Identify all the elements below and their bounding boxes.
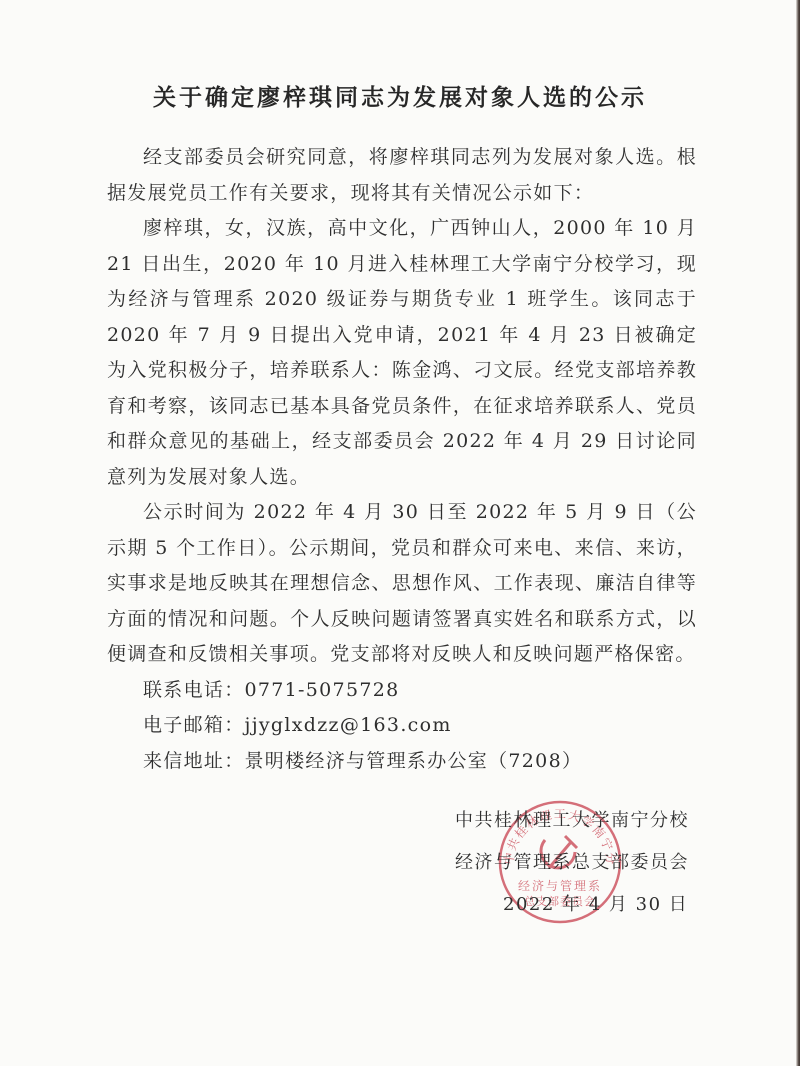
signature-block: 中共桂林理工大学南宁分校 经济与管理系总支部委员会 2022 年 4 月 30 …: [455, 800, 745, 926]
signature-org-line1: 中共桂林理工大学南宁分校: [455, 800, 745, 842]
contact-email: 电子邮箱：jjyglxdzz@163.com: [107, 708, 697, 744]
document-body: 经支部委员会研究同意，将廖梓琪同志列为发展对象人选。根据发展党员工作有关要求，现…: [107, 140, 697, 779]
paragraph-intro: 经支部委员会研究同意，将廖梓琪同志列为发展对象人选。根据发展党员工作有关要求，现…: [107, 140, 697, 211]
signature-date: 2022 年 4 月 30 日: [455, 884, 745, 926]
paragraph-notice-period: 公示时间为 2022 年 4 月 30 日至 2022 年 5 月 9 日（公示…: [107, 495, 697, 673]
signature-org-line2: 经济与管理系总支部委员会: [455, 842, 745, 884]
paragraph-candidate-details: 廖梓琪，女，汉族，高中文化，广西钟山人，2000 年 10 月 21 日出生，2…: [107, 211, 697, 495]
document-title: 关于确定廖梓琪同志为发展对象人选的公示: [0, 83, 800, 113]
contact-address: 来信地址：景明楼经济与管理系办公室（7208）: [107, 744, 697, 780]
scanned-page-edge: [796, 0, 800, 1066]
contact-phone: 联系电话：0771-5075728: [107, 673, 697, 709]
